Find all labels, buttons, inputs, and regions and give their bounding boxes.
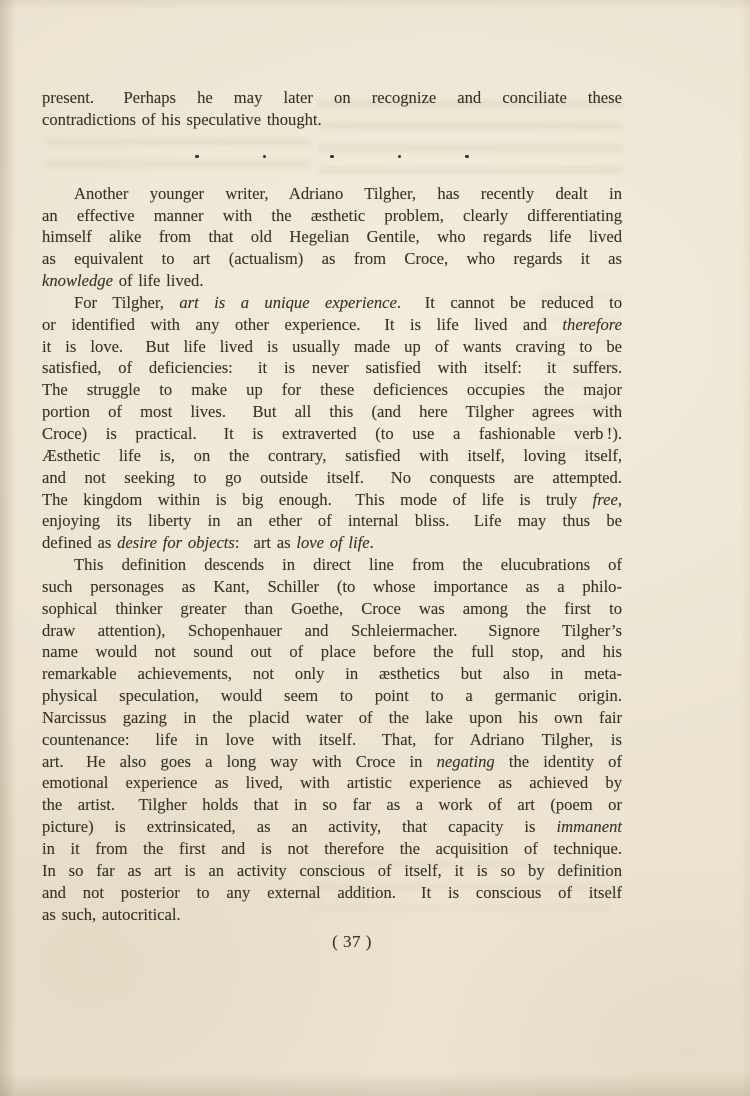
text-line: draw attention), Schopenhauer and Schlei… (42, 620, 622, 642)
paragraph: Another younger writer, Adriano Tilgher,… (42, 183, 622, 292)
text-segment: an effective manner with the æsthetic pr… (42, 206, 622, 225)
text-segment: The kingdom within is big enough. This m… (42, 490, 593, 509)
text-line: This definition descends in direct line … (42, 554, 622, 576)
italic-text: free (593, 490, 618, 509)
separator-dot (263, 155, 267, 159)
text-line: satisfied, of deficiencies: it is never … (42, 357, 622, 379)
text-segment: portion of most lives. But all this (and… (42, 402, 622, 421)
section-separator (42, 131, 622, 183)
text-line: art. He also goes a long way with Croce … (42, 751, 622, 773)
text-segment: art. He also goes a long way with Croce … (42, 752, 437, 771)
text-segment: name would not sound out of place before… (42, 642, 622, 661)
text-segment: defined as (42, 533, 117, 552)
text-line: such personages as Kant, Schiller (to wh… (42, 576, 622, 598)
italic-text: negating (437, 752, 495, 771)
text-segment: . (370, 533, 374, 552)
text-line: in it from the first and is not therefor… (42, 838, 622, 860)
text-line: emotional experience as lived, with arti… (42, 772, 622, 794)
paragraph: present. Perhaps he may later on recogni… (42, 87, 622, 131)
text-line: The kingdom within is big enough. This m… (42, 489, 622, 511)
text-line: portion of most lives. But all this (and… (42, 401, 622, 423)
text-line: Æsthetic life is, on the contrary, satis… (42, 445, 622, 467)
text-line: as such, autocritical. (42, 904, 622, 926)
text-line: it is love. But life lived is usually ma… (42, 336, 622, 358)
text-segment: sophical thinker greater than Goethe, Cr… (42, 599, 622, 618)
text-line: physical speculation, would seem to poin… (42, 685, 622, 707)
text-line: present. Perhaps he may later on recogni… (42, 87, 622, 109)
paragraph: This definition descends in direct line … (42, 554, 622, 925)
text-segment: draw attention), Schopenhauer and Schlei… (42, 621, 622, 640)
text-segment: Croce) is practical. It is extraverted (… (42, 424, 622, 443)
text-line: remarkable achievements, not only in æst… (42, 663, 622, 685)
text-line: or identified with any other experience.… (42, 314, 622, 336)
text-segment: In so far as art is an activity consciou… (42, 861, 622, 880)
italic-text: art is a unique experience (179, 293, 397, 312)
paragraph: For Tilgher, art is a unique experience.… (42, 292, 622, 554)
text-line: Narcissus gazing in the placid water of … (42, 707, 622, 729)
text-line: defined as desire for objects: art as lo… (42, 532, 622, 554)
text-segment: it is love. But life lived is usually ma… (42, 337, 622, 356)
text-segment: himself alike from that old Hegelian Gen… (42, 227, 622, 246)
text-line: an effective manner with the æsthetic pr… (42, 205, 622, 227)
italic-text: immanent (557, 817, 622, 836)
page-number: ( 37 ) (42, 932, 622, 952)
text-segment: For Tilgher, (74, 293, 179, 312)
text-segment: This definition descends in direct line … (74, 555, 622, 574)
page-text: present. Perhaps he may later on recogni… (42, 87, 622, 925)
text-line: enjoying its liberty in an ether of inte… (42, 510, 622, 532)
text-segment: as such, autocritical. (42, 905, 181, 924)
text-line: In so far as art is an activity consciou… (42, 860, 622, 882)
text-segment: and not posterior to any external additi… (42, 883, 622, 902)
italic-text: desire for objects (117, 533, 235, 552)
text-segment: Another younger writer, Adriano Tilgher,… (74, 184, 622, 203)
text-segment: countenance: life in love with itself. T… (42, 730, 622, 749)
text-line: Another younger writer, Adriano Tilgher,… (42, 183, 622, 205)
text-line: knowledge of life lived. (42, 270, 622, 292)
text-line: himself alike from that old Hegelian Gen… (42, 226, 622, 248)
text-line: countenance: life in love with itself. T… (42, 729, 622, 751)
text-segment: and not seeking to go outside itself. No… (42, 468, 622, 487)
italic-text: love of life (296, 533, 369, 552)
separator-dot (465, 155, 469, 159)
text-line: the artist. Tilgher holds that in so far… (42, 794, 622, 816)
text-line: picture) is extrinsicated, as an activit… (42, 816, 622, 838)
text-segment: Æsthetic life is, on the contrary, satis… (42, 446, 622, 465)
italic-text: knowledge (42, 271, 113, 290)
text-line: as equivalent to art (actualism) as from… (42, 248, 622, 270)
text-line: name would not sound out of place before… (42, 641, 622, 663)
text-segment: the artist. Tilgher holds that in so far… (42, 795, 622, 814)
text-segment: emotional experience as lived, with arti… (42, 773, 622, 792)
text-line: contradictions of his speculative though… (42, 109, 622, 131)
text-segment: present. Perhaps he may later on recogni… (42, 88, 622, 107)
text-line: For Tilgher, art is a unique experience.… (42, 292, 622, 314)
text-segment: remarkable achievements, not only in æst… (42, 664, 622, 683)
text-segment: satisfied, of deficiencies: it is never … (42, 358, 622, 377)
text-segment: enjoying its liberty in an ether of inte… (42, 511, 622, 530)
text-segment: in it from the first and is not therefor… (42, 839, 622, 858)
separator-dot (195, 155, 199, 159)
text-segment: Narcissus gazing in the placid water of … (42, 708, 622, 727)
text-segment: contradictions of his speculative though… (42, 110, 322, 129)
text-segment: . It cannot be reduced to (397, 293, 622, 312)
text-segment: or identified with any other experience.… (42, 315, 562, 334)
text-line: sophical thinker greater than Goethe, Cr… (42, 598, 622, 620)
text-line: and not seeking to go outside itself. No… (42, 467, 622, 489)
separator-dot (330, 155, 334, 159)
text-segment: The struggle to make up for these defici… (42, 380, 622, 399)
book-page: present. Perhaps he may later on recogni… (0, 0, 750, 1096)
text-line: and not posterior to any external additi… (42, 882, 622, 904)
text-segment: picture) is extrinsicated, as an activit… (42, 817, 557, 836)
text-line: Croce) is practical. It is extraverted (… (42, 423, 622, 445)
text-line: The struggle to make up for these defici… (42, 379, 622, 401)
text-segment: as equivalent to art (actualism) as from… (42, 249, 622, 268)
text-segment: : art as (235, 533, 296, 552)
separator-dot (398, 155, 402, 159)
text-segment: of life lived. (113, 271, 204, 290)
text-segment: the identity of (495, 752, 622, 771)
text-segment: such personages as Kant, Schiller (to wh… (42, 577, 622, 596)
text-segment: , (618, 490, 622, 509)
text-segment: physical speculation, would seem to poin… (42, 686, 622, 705)
italic-text: therefore (562, 315, 622, 334)
